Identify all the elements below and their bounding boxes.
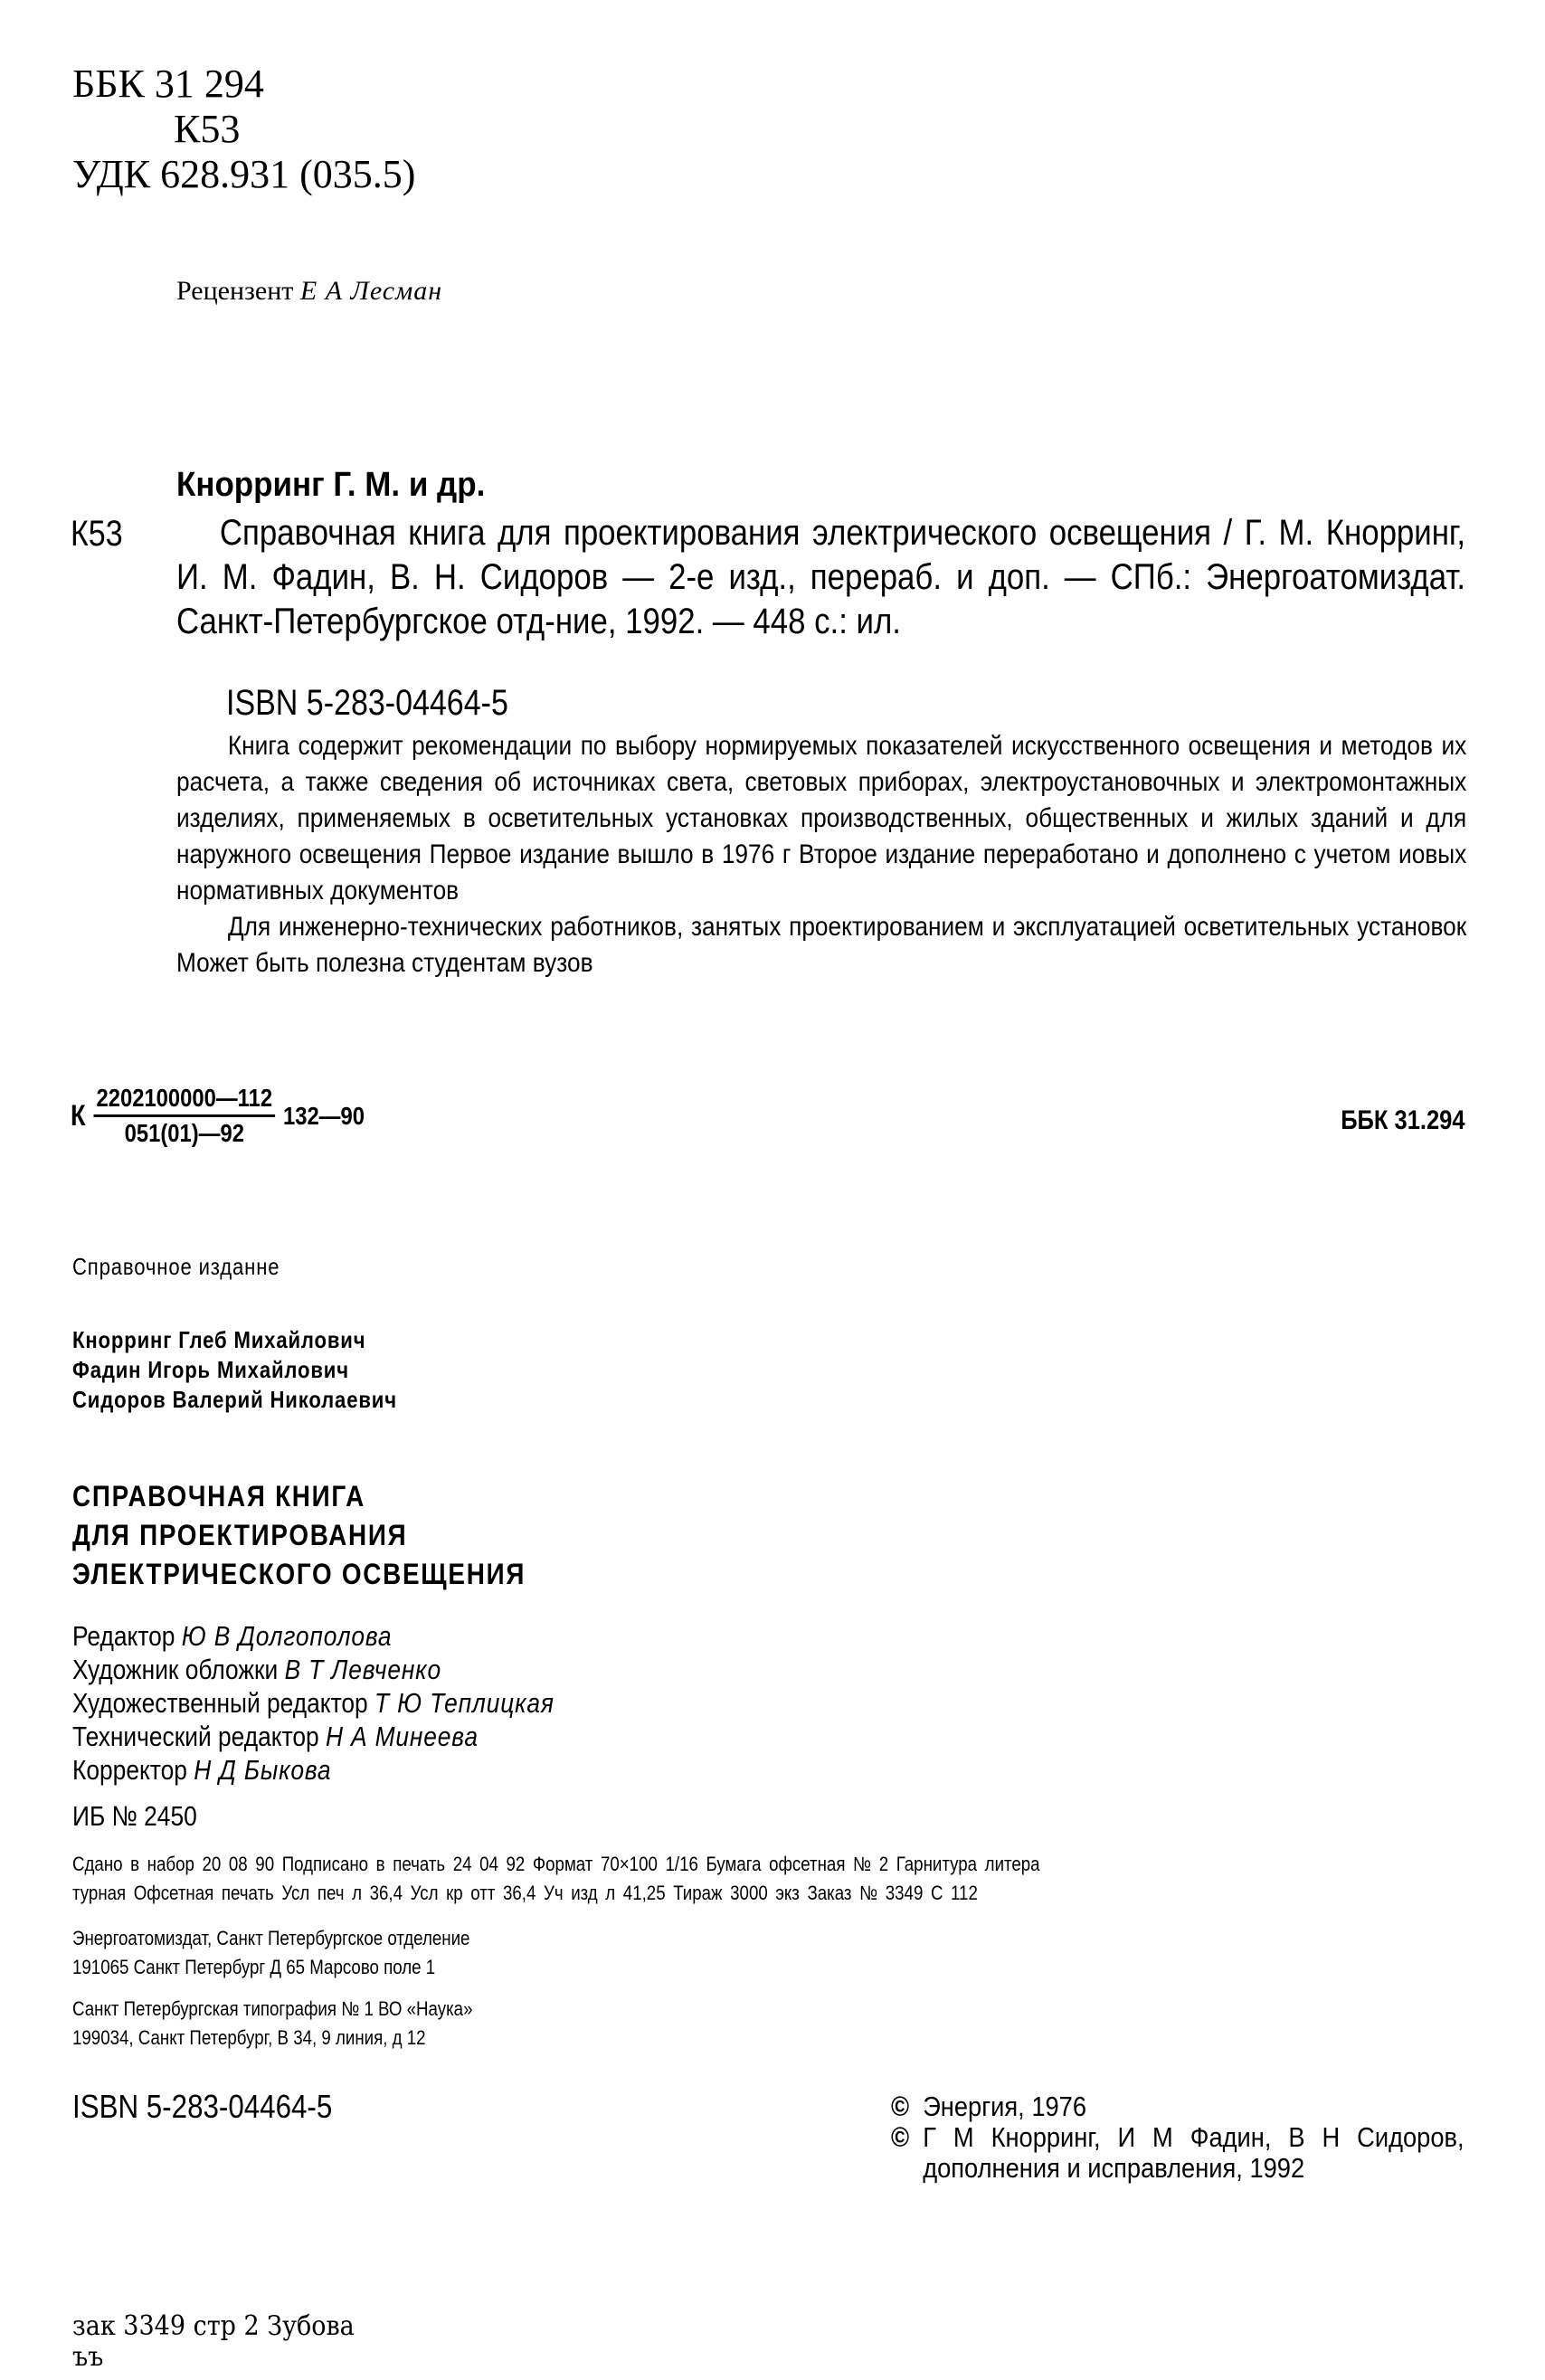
- footer-line: ъъ: [72, 2342, 355, 2373]
- index-denominator: 051(01)—92: [125, 1117, 244, 1148]
- credit-role: Художественный редактор: [72, 1687, 368, 1719]
- footer-line: зак 3349 стр 2 Зубова: [72, 2311, 355, 2342]
- isbn-bottom: ISBN 5-283-04464-5: [72, 2088, 332, 2126]
- author-name: Фадин Игорь Михайлович: [72, 1355, 397, 1385]
- publisher-info: Энергоатомиздат, Санкт Петербургское отд…: [72, 1924, 469, 1982]
- bib-author-mark: К53: [71, 514, 123, 555]
- index-code: К 2202100000—112 051(01)—92 132—90: [71, 1084, 365, 1148]
- credit-name: Т Ю Теплицкая: [374, 1687, 554, 1719]
- author-name: Кнорринг Глеб Михайлович: [72, 1325, 397, 1355]
- reviewer-label: Рецензент: [176, 276, 293, 306]
- copyright-icon: ©: [891, 2091, 923, 2122]
- bib-author-heading: Кнорринг Г. М. и др.: [176, 466, 485, 505]
- copyright-text: Г М Кнорринг, И М Фадин, В Н Сидоров, до…: [923, 2122, 1464, 2184]
- index-numerator: 2202100000—112: [93, 1084, 275, 1117]
- genre-label: Справочное изданне: [72, 1253, 280, 1281]
- udk-code: УДК 628.931 (035.5): [72, 152, 415, 197]
- imprint-line: Сдано в набор 20 08 90 Подписано в печат…: [72, 1850, 1487, 1879]
- abstract-paragraph: Книга содержит рекомендации по выбору но…: [176, 728, 1466, 909]
- copyright-row: © Г М Кнорринг, И М Фадин, В Н Сидоров, …: [891, 2122, 1464, 2184]
- index-suffix: 132—90: [283, 1102, 365, 1131]
- bbk-code: ББК 31 294: [72, 62, 415, 107]
- publisher-address: 191065 Санкт Петербург Д 65 Марсово поле…: [72, 1953, 469, 1982]
- imprint: Сдано в набор 20 08 90 Подписано в печат…: [72, 1850, 1487, 1908]
- credit-role: Корректор: [72, 1754, 187, 1786]
- reviewer: Рецензент Е А Лесман: [176, 276, 442, 307]
- bbk-right: ББК 31.294: [1341, 1105, 1465, 1136]
- credit-role: Технический редактор: [72, 1721, 319, 1752]
- classification-codes: ББК 31 294 К53 УДК 628.931 (035.5): [72, 62, 415, 197]
- credit-row: Художественный редактор Т Ю Теплицкая: [72, 1686, 554, 1720]
- bib-isbn: ISBN 5-283-04464-5: [226, 683, 508, 724]
- reviewer-name: Е А Лесман: [300, 276, 442, 306]
- copyright-text: Энергия, 1976: [923, 2091, 1464, 2122]
- footer-note: зак 3349 стр 2 Зубова ъъ: [72, 2311, 355, 2373]
- title-line: СПРАВОЧНАЯ КНИГА: [72, 1477, 526, 1516]
- credit-name: Ю В Долгополова: [182, 1620, 393, 1652]
- printer-name: Санкт Петербургская типография № 1 ВО «Н…: [72, 1995, 472, 2024]
- author-mark: К53: [72, 107, 415, 152]
- credit-role: Художник обложки: [72, 1654, 278, 1685]
- abstract: Книга содержит рекомендации по выбору но…: [176, 728, 1466, 981]
- credit-row: Художник обложки В Т Левченко: [72, 1653, 554, 1686]
- copyright-icon: ©: [891, 2122, 923, 2184]
- credit-row: Технический редактор Н А Минеева: [72, 1720, 554, 1753]
- ib-number: ИБ № 2450: [72, 1800, 197, 1833]
- credit-name: Н Д Быкова: [194, 1754, 331, 1786]
- abstract-paragraph: Для инженерно-технических работников, за…: [176, 909, 1466, 981]
- author-name: Сидоров Валерий Николаевич: [72, 1385, 397, 1415]
- credits-list: Редактор Ю В Долгополова Художник обложк…: [72, 1619, 554, 1787]
- title-line: ЭЛЕКТРИЧЕСКОГО ОСВЕЩЕНИЯ: [72, 1555, 526, 1594]
- credit-row: Корректор Н Д Быкова: [72, 1753, 554, 1787]
- credit-name: Н А Минеева: [326, 1721, 479, 1752]
- index-fraction: 2202100000—112 051(01)—92: [93, 1084, 275, 1148]
- book-title: СПРАВОЧНАЯ КНИГА ДЛЯ ПРОЕКТИРОВАНИЯ ЭЛЕК…: [72, 1477, 526, 1594]
- credit-name: В Т Левченко: [285, 1654, 441, 1685]
- credit-row: Редактор Ю В Долгополова: [72, 1619, 554, 1653]
- bib-description: Справочная книга для проектирования элек…: [176, 511, 1465, 644]
- publisher-name: Энергоатомиздат, Санкт Петербургское отд…: [72, 1924, 469, 1953]
- credit-role: Редактор: [72, 1620, 175, 1652]
- printer-info: Санкт Петербургская типография № 1 ВО «Н…: [72, 1995, 472, 2053]
- authors-list: Кнорринг Глеб Михайлович Фадин Игорь Мих…: [72, 1325, 397, 1415]
- imprint-line: турная Офсетная печать Усл печ л 36,4 Ус…: [72, 1879, 1487, 1908]
- index-prefix: К: [71, 1099, 86, 1133]
- printer-address: 199034, Санкт Петербург, В 34, 9 линия, …: [72, 2024, 472, 2053]
- copyright-block: © Энергия, 1976 © Г М Кнорринг, И М Фади…: [891, 2091, 1464, 2184]
- title-line: ДЛЯ ПРОЕКТИРОВАНИЯ: [72, 1516, 526, 1555]
- copyright-row: © Энергия, 1976: [891, 2091, 1464, 2122]
